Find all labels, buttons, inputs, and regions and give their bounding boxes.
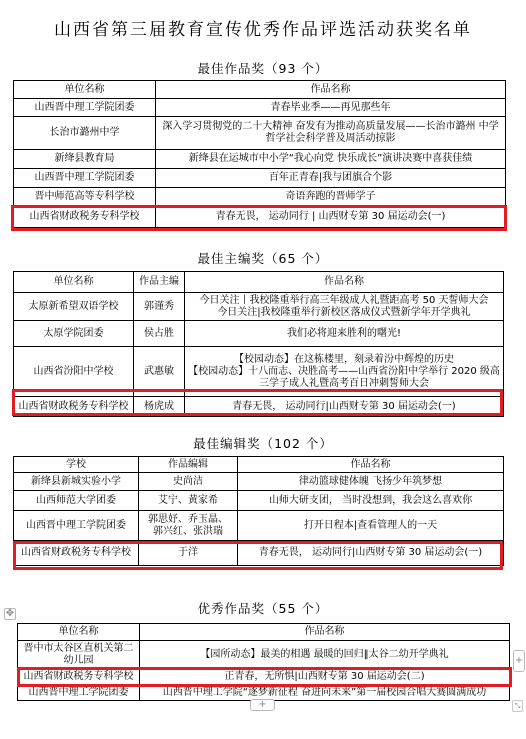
cell-unit: 山西省财政税务专科学校	[14, 206, 156, 228]
cell-school: 新绛县新城实验小学	[14, 473, 139, 491]
cell-unit: 山西省财政税务专科学校	[14, 397, 134, 417]
cell-work: 青春无畏， 运动同行|山西财专第 30 届运动会(一)	[238, 541, 504, 566]
section-title-best-editor: 最佳编辑奖（102 个）	[0, 434, 526, 452]
cell-unit: 山西晋中理工学院团委	[14, 169, 156, 188]
cell-school: 山西晋中理工学院团委	[14, 511, 139, 541]
header-work-name: 作品名称	[185, 272, 504, 293]
table-row: 山西晋中理工学院团委 郭思妤、乔玉晶、 郭兴红、张洪瑞 打开日程本|查看管理人的…	[14, 511, 504, 541]
section-title-excellent-work: 优秀作品奖（55 个）	[0, 599, 526, 617]
table-header-row: 学校 作品编辑 作品名称	[14, 457, 504, 473]
header-editor: 作品编辑	[139, 457, 238, 473]
table-row: 晋中市太谷区直机关第二幼儿园 【园所动态】最美的相遇 最暖的回归‖太谷二幼开学典…	[18, 641, 510, 669]
table-row: 山西省汾阳中学校 武惠敏 【校园动态】在这栋楼里，刻录着汾中辉煌的历史 【校园动…	[14, 347, 504, 397]
table-header-row: 单位名称 作品名称	[18, 624, 510, 641]
table-row: 太原新希望双语学校 郭谨秀 今日关注丨我校隆重举行高三年级成人礼暨距高考 50 …	[14, 293, 504, 321]
cell-editor: 郭思妤、乔玉晶、 郭兴红、张洪瑞	[139, 511, 238, 541]
cell-unit: 山西晋中理工学院团委	[14, 99, 156, 117]
cell-work: 奇语奔跑的晋师学子	[156, 188, 506, 206]
cell-work: 青春无畏， 运动同行|山西财专第 30 届运动会(一)	[185, 397, 504, 417]
table-best-chief-editor: 单位名称 作品主编 作品名称 太原新希望双语学校 郭谨秀 今日关注丨我校隆重举行…	[13, 271, 504, 417]
table-row: 山西晋中理工学院团委 百年正青春|我与团旗合个影	[14, 169, 506, 188]
table-move-icon[interactable]: ✥	[4, 608, 16, 620]
cell-work: 新绛县在运城市中小学“我心向党 快乐成长”演讲决赛中喜获佳绩	[156, 150, 506, 169]
table-row-highlighted: 山西省财政税务专科学校 正青春，无所惧|山西财专第 30 届运动会(二)	[18, 669, 510, 685]
header-work-name: 作品名称	[238, 457, 504, 473]
cell-unit: 晋中师范高等专科学校	[14, 188, 156, 206]
cell-school: 山西师范大学团委	[14, 491, 139, 511]
table-row: 新绛县新城实验小学 史尚洁 律动篮球健体魄 飞扬少年筑梦想	[14, 473, 504, 491]
cell-unit: 太原新希望双语学校	[14, 293, 134, 321]
cell-editor: 史尚洁	[139, 473, 238, 491]
table-row: 太原学院团委 侯占胜 我们必将迎来胜利的曙光!	[14, 321, 504, 347]
cell-work: 青春毕业季——再见那些年	[156, 99, 506, 117]
cell-work: 我们必将迎来胜利的曙光!	[185, 321, 504, 347]
cell-school: 山西省财政税务专科学校	[14, 541, 139, 566]
cell-work: 律动篮球健体魄 飞扬少年筑梦想	[238, 473, 504, 491]
cell-work: 山西晋中理工学院“逐梦新征程 奋进向未来”第一届校园合唱大赛圆满成功	[140, 685, 510, 701]
cell-work: 青春无畏， 运动同行 | 山西财专第 30 届运动会(一)	[156, 206, 506, 228]
cell-unit: 山西晋中理工学院团委	[18, 685, 140, 701]
cell-editor: 杨虎成	[134, 397, 185, 417]
section-title-best-chief-editor: 最佳主编奖（65 个）	[0, 249, 526, 267]
cell-work: 【校园动态】在这栋楼里，刻录着汾中辉煌的历史 【校园动态】十八而志、决胜高考——…	[185, 347, 504, 397]
cell-work: 打开日程本|查看管理人的一天	[238, 511, 504, 541]
table-excellent-work: 单位名称 作品名称 晋中市太谷区直机关第二幼儿园 【园所动态】最美的相遇 最暖的…	[17, 623, 510, 701]
cell-unit: 山西省汾阳中学校	[14, 347, 134, 397]
document-title: 山西省第三届教育宣传优秀作品评选活动获奖名单	[0, 15, 526, 40]
table-resize-icon[interactable]: ⤡	[512, 700, 523, 712]
table-row-highlighted: 山西省财政税务专科学校 青春无畏， 运动同行 | 山西财专第 30 届运动会(一…	[14, 206, 506, 228]
cell-work: 深入学习贯彻党的二十大精神 奋发有为推动高质量发展——长治市潞州 中学哲学社会科…	[156, 117, 506, 150]
table-row: 山西晋中理工学院团委 青春毕业季——再见那些年	[14, 99, 506, 117]
table-header-row: 单位名称 作品名称	[14, 81, 506, 99]
header-work-name: 作品名称	[156, 81, 506, 99]
header-chief-editor: 作品主编	[134, 272, 185, 293]
cell-work: 百年正青春|我与团旗合个影	[156, 169, 506, 188]
table-row: 长治市潞州中学 深入学习贯彻党的二十大精神 奋发有为推动高质量发展——长治市潞州…	[14, 117, 506, 150]
cell-editor: 艾宁、黄家希	[139, 491, 238, 511]
table-row-highlighted: 山西省财政税务专科学校 杨虎成 青春无畏， 运动同行|山西财专第 30 届运动会…	[14, 397, 504, 417]
cell-unit: 新绛县教育局	[14, 150, 156, 169]
cell-unit: 太原学院团委	[14, 321, 134, 347]
cell-work: 山师大研支团， 当时没想到，我会这么喜欢你	[238, 491, 504, 511]
cell-unit: 长治市潞州中学	[14, 117, 156, 150]
section-title-best-work: 最佳作品奖（93 个）	[0, 59, 526, 77]
table-row: 晋中师范高等专科学校 奇语奔跑的晋师学子	[14, 188, 506, 206]
add-row-button[interactable]: +	[250, 699, 275, 711]
cell-work: 正青春，无所惧|山西财专第 30 届运动会(二)	[140, 669, 510, 685]
table-row-highlighted: 山西省财政税务专科学校 于洋 青春无畏， 运动同行|山西财专第 30 届运动会(…	[14, 541, 504, 566]
cell-work: 【园所动态】最美的相遇 最暖的回归‖太谷二幼开学典礼	[140, 641, 510, 669]
header-unit-name: 单位名称	[14, 81, 156, 99]
cell-editor: 侯占胜	[134, 321, 185, 347]
header-school: 学校	[14, 457, 139, 473]
cell-editor: 武惠敏	[134, 347, 185, 397]
header-unit-name: 单位名称	[14, 272, 134, 293]
table-row: 山西师范大学团委 艾宁、黄家希 山师大研支团， 当时没想到，我会这么喜欢你	[14, 491, 504, 511]
add-column-button[interactable]: +	[513, 650, 525, 672]
cell-work: 今日关注丨我校隆重举行高三年级成人礼暨距高考 50 天誓师大会 今日关注|我校隆…	[185, 293, 504, 321]
cell-editor: 于洋	[139, 541, 238, 566]
cell-unit: 山西省财政税务专科学校	[18, 669, 140, 685]
header-unit-name: 单位名称	[18, 624, 140, 641]
table-header-row: 单位名称 作品主编 作品名称	[14, 272, 504, 293]
header-work-name: 作品名称	[140, 624, 510, 641]
table-best-editor: 学校 作品编辑 作品名称 新绛县新城实验小学 史尚洁 律动篮球健体魄 飞扬少年筑…	[13, 456, 504, 566]
table-best-work: 单位名称 作品名称 山西晋中理工学院团委 青春毕业季——再见那些年 长治市潞州中…	[13, 80, 506, 228]
table-row: 新绛县教育局 新绛县在运城市中小学“我心向党 快乐成长”演讲决赛中喜获佳绩	[14, 150, 506, 169]
cell-editor: 郭谨秀	[134, 293, 185, 321]
cell-unit: 晋中市太谷区直机关第二幼儿园	[18, 641, 140, 669]
